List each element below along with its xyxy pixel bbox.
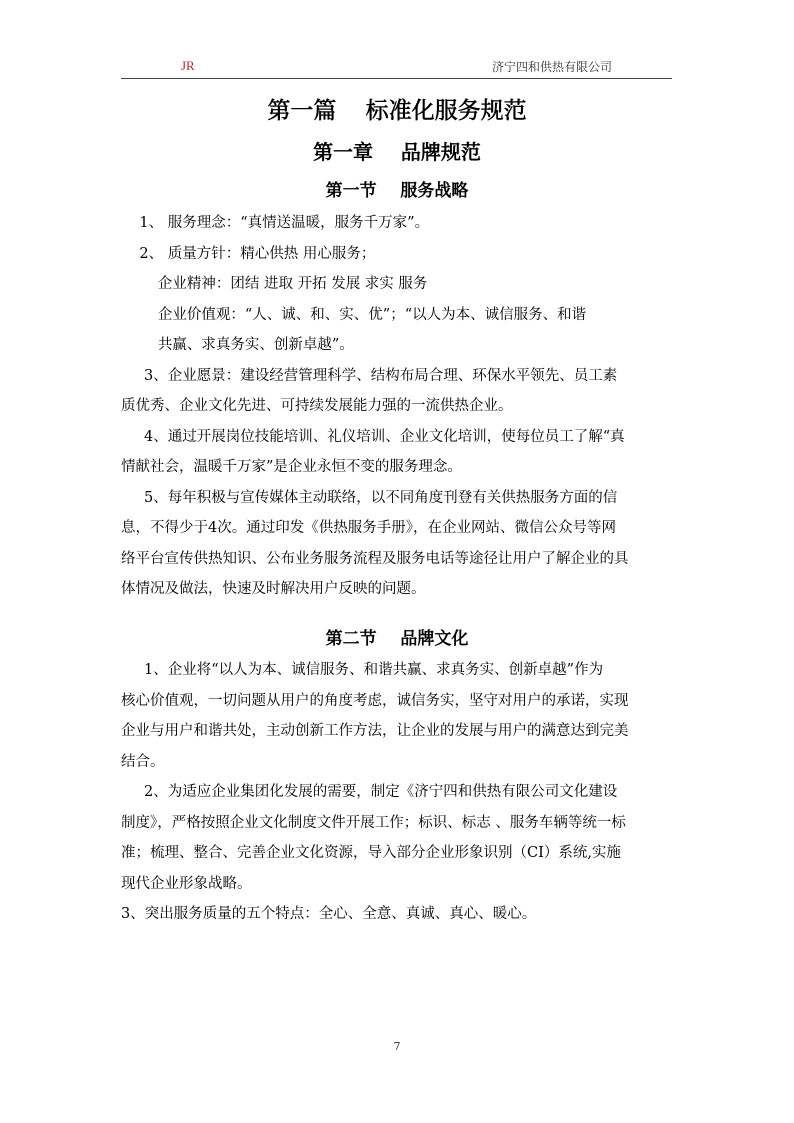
- text-line: 企业价值观：“人、诚、和、实、优”；“以人为本、诚信服务、和谐: [121, 300, 672, 331]
- text-line: 结合。: [121, 747, 672, 778]
- text-line: 企业精神：团结 进取 开拓 发展 求实 服务: [121, 269, 672, 300]
- text-line: 络平台宣传供热知识、公布业务服务流程及服务电话等途径让用户了解企业的具: [121, 544, 672, 575]
- text-line: 情献社会，温暖千万家”是企业永恒不变的服务理念。: [121, 452, 672, 483]
- text-line: 3、突出服务质量的五个特点：全心、全意、真诚、真心、暖心。: [121, 899, 672, 930]
- header-divider: [121, 78, 672, 79]
- text-line: 现代企业形象战略。: [121, 869, 672, 900]
- text-line: 5、每年积极与宣传媒体主动联络，以不同角度刊登有关供热服务方面的信: [121, 483, 672, 514]
- header-mark: JR: [181, 58, 195, 74]
- header-company-name: 济宁四和供热有限公司: [492, 58, 612, 75]
- text-line: 制度》，严格按照企业文化制度文件开展工作；标识、标志 、服务车辆等统一标: [121, 808, 672, 839]
- text-line: 1、 服务理念：“真情送温暖，服务千万家”。: [121, 208, 672, 239]
- text-line: 共赢、求真务实、创新卓越”。: [121, 330, 672, 361]
- text-line: 准；梳理、整合、完善企业文化资源，导入部分企业形象识别（CI）系统,实施: [121, 838, 672, 869]
- text-line: 2、 质量方针：精心供热 用心服务；: [121, 239, 672, 270]
- text-line: 4、通过开展岗位技能培训、礼仪培训、企业文化培训，使每位员工了解“真: [121, 422, 672, 453]
- chapter-title: 第一章 品牌规范: [0, 136, 794, 165]
- section-title-brand-culture: 第二节 品牌文化: [0, 624, 794, 649]
- part-title: 第一篇 标准化服务规范: [0, 92, 794, 125]
- text-line: 体情况及做法，快速及时解决用户反映的问题。: [121, 574, 672, 605]
- page-header: JR 济宁四和供热有限公司: [121, 54, 672, 78]
- text-line: 核心价值观，一切问题从用户的角度考虑，诚信务实，坚守对用户的承诺，实现: [121, 686, 672, 717]
- section-title-service-strategy: 第一节 服务战略: [0, 176, 794, 201]
- text-line: 2、为适应企业集团化发展的需要，制定《济宁四和供热有限公司文化建设: [121, 777, 672, 808]
- text-line: 3、企业愿景：建设经营管理科学、结构布局合理、环保水平领先、员工素: [121, 361, 672, 392]
- text-line: 1、企业将“以人为本、诚信服务、和谐共赢、求真务实、创新卓越”作为: [121, 655, 672, 686]
- text-line: 息，不得少于4次。通过印发《供热服务手册》，在企业网站、微信公众号等网: [121, 513, 672, 544]
- text-line: 企业与用户和谐共处，主动创新工作方法，让企业的发展与用户的满意达到完美: [121, 716, 672, 747]
- section-brand-culture-body: 1、企业将“以人为本、诚信服务、和谐共赢、求真务实、创新卓越”作为 核心价值观，…: [121, 655, 672, 930]
- text-line: 质优秀、企业文化先进、可持续发展能力强的一流供热企业。: [121, 391, 672, 422]
- page-number: 7: [0, 1040, 794, 1053]
- section-service-strategy-body: 1、 服务理念：“真情送温暖，服务千万家”。 2、 质量方针：精心供热 用心服务…: [121, 208, 672, 605]
